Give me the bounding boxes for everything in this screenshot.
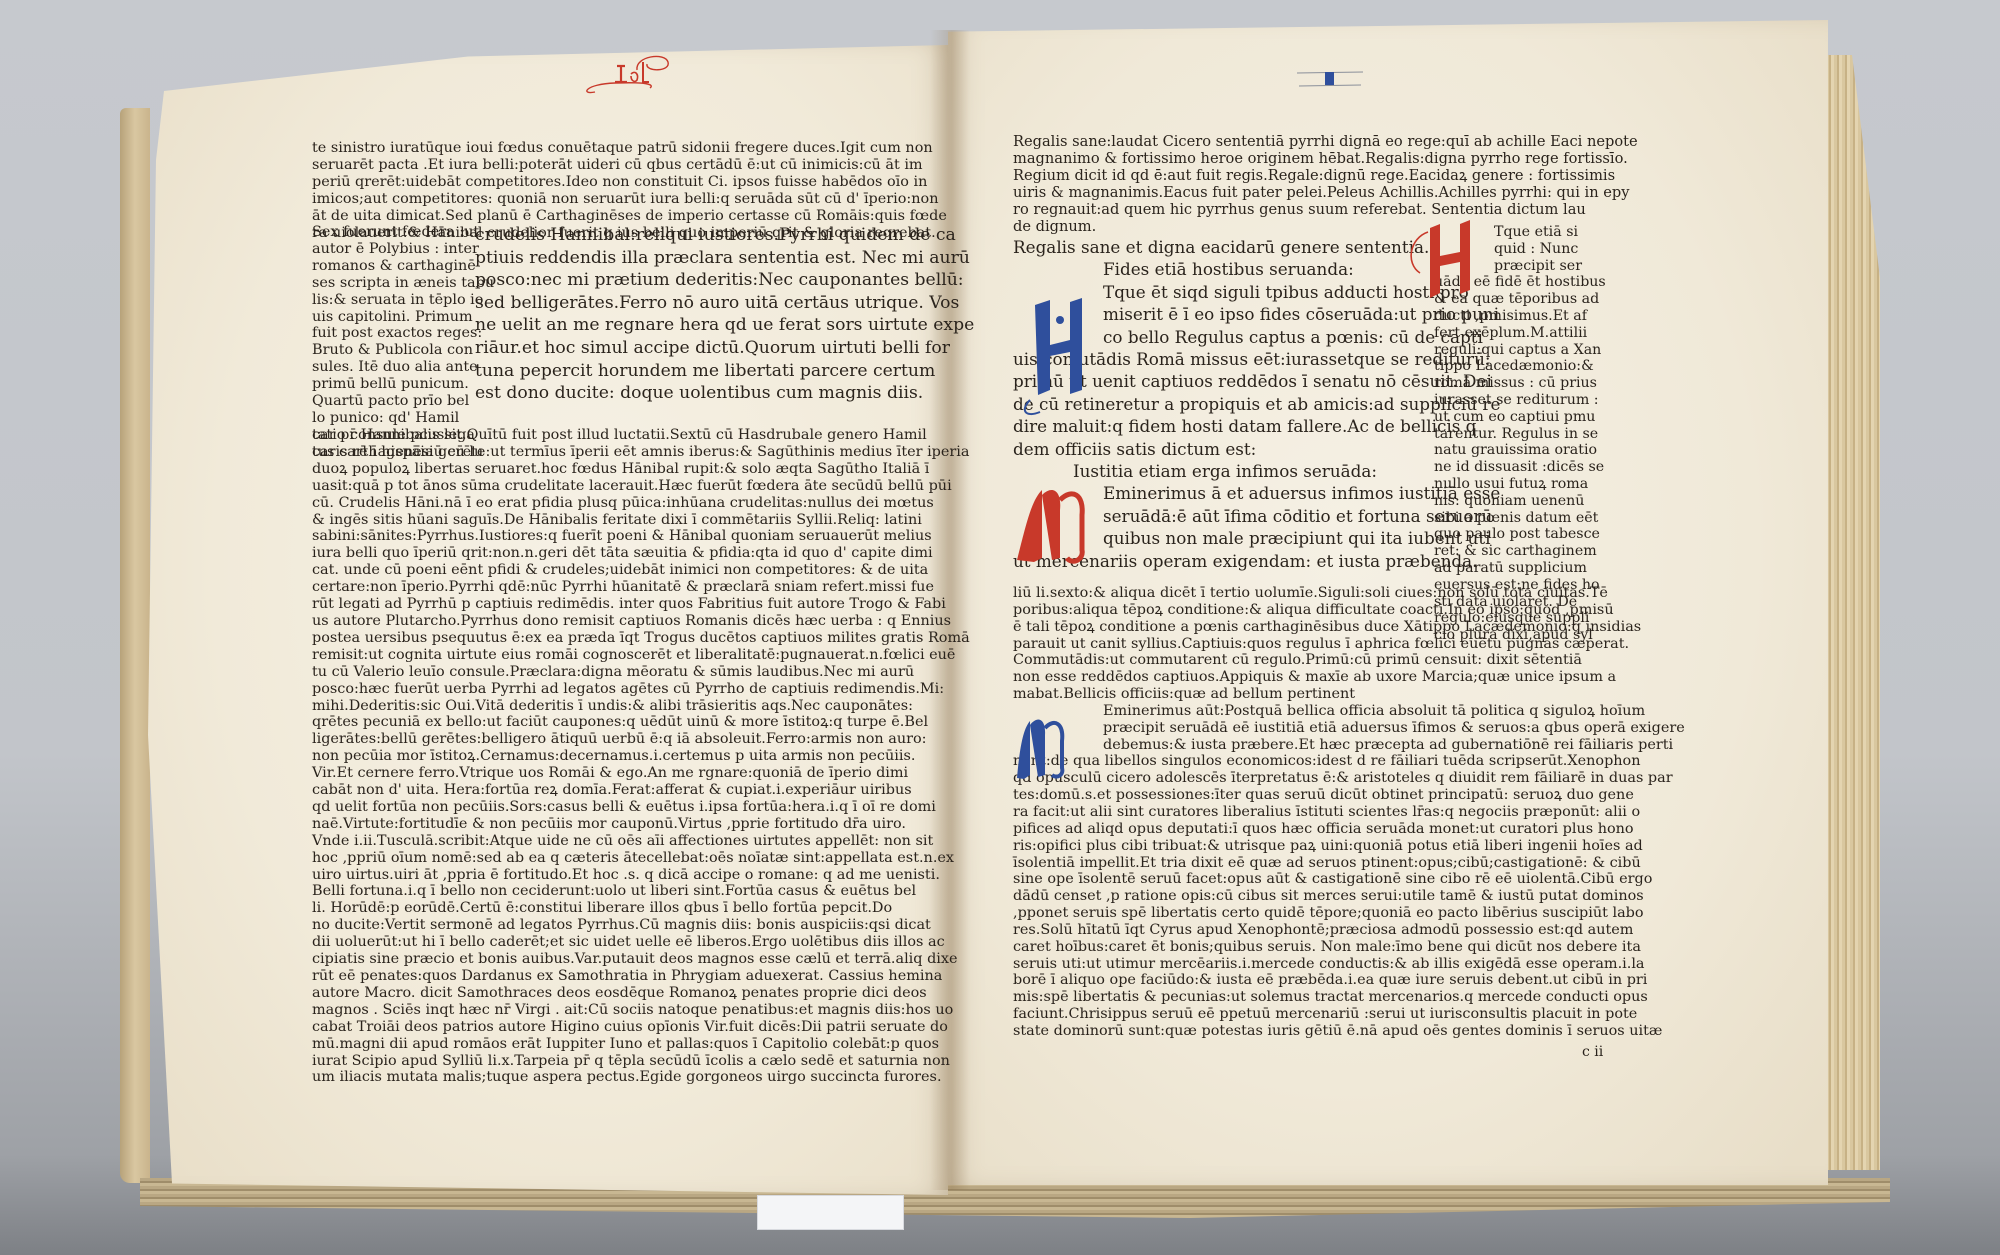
text-line: uasit:quā p tot ānos sūma crudelitate la…: [312, 478, 970, 495]
running-headmark-left: [575, 50, 685, 100]
text-line: um iliacis mutata malis;tuque aspera pec…: [312, 1069, 970, 1086]
text-line: ro regnauit:ad quem hic pyrrhus genus su…: [1013, 202, 1638, 219]
text-line: ,pponet seruis spē libertatis certo quid…: [1013, 905, 1685, 922]
text-line: iura belli quo īperiū qrit:non.n.geri dē…: [312, 545, 970, 562]
text-line: lis:& seruata in tēplo io: [312, 292, 472, 309]
red-initial-h-icon: [1400, 218, 1490, 308]
text-line: lo punico: qd' Hamil: [312, 410, 472, 427]
text-line: mū.magni dii apud romāos erāt Iuppiter I…: [312, 1036, 970, 1053]
left-lower-commentary: tatio consule pcussit.Quītū fuit post il…: [312, 427, 970, 1086]
text-line: iurasset se rediturum :: [1434, 392, 1606, 409]
text-line: præcipit seruādā eē iustitiā etiā aduers…: [1013, 720, 1685, 737]
text-line: qd opusculū cicero adolescēs īterpretatu…: [1013, 770, 1685, 787]
text-line: iurat Scipio apud Sylliū li.x.Tarpeia pr…: [312, 1053, 970, 1070]
text-line: tippo Lacedæmonio:&: [1434, 358, 1606, 375]
text-line: dii uoluerūt:ut hi ī bello caderēt;et si…: [312, 934, 970, 951]
text-line: cipiatis sine præcio et bonis auibus.Var…: [312, 951, 970, 968]
text-line: cabāt non d' uita. Hera:fortūa reꝝ domīa…: [312, 782, 970, 799]
text-line: liū li.sexto:& aliqua dicēt ī tertio uol…: [1013, 585, 1685, 602]
text-line: Vir.Et cernere ferro.Vtrique uos Romāi &…: [312, 765, 970, 782]
text-line: ne uelit an me regnare hera qd ue ferat …: [475, 314, 974, 337]
text-line: Eminerimus aūt:Postquā bellica officia a…: [1013, 703, 1685, 720]
text-line: ris:opifici plus cibi tribuat:& utrisque…: [1013, 838, 1685, 855]
text-line: caris rē ī hispāia gerēte:ut termīus īpe…: [312, 444, 970, 461]
text-line: postea uersibus psequutus ē:ex ea præda …: [312, 630, 970, 647]
text-line: posco:nec mi prætium dederitis:Nec caupo…: [475, 269, 974, 292]
text-line: remisit:ut cognita uirtute eius romāi co…: [312, 647, 970, 664]
text-line: cat. unde cū poeni eēnt pfidi & crudeles…: [312, 562, 970, 579]
text-line: ducti ,pmisimus.Et af: [1434, 308, 1606, 325]
book-cover-edge: [120, 108, 150, 1183]
open-book: te sinistro iuratūque ioui fœdus conuēta…: [0, 0, 2000, 1255]
text-line: ses scripta in æneis tabu: [312, 275, 472, 292]
text-line: pifices ad aliqd opus deputati:ī quos hæ…: [1013, 821, 1685, 838]
text-line: cū. Crudelis Hāni.nā ī eo erat pfidia pl…: [312, 495, 970, 512]
left-side-gloss: Sex fuerunt fœdera :ut autor ē Polybius …: [312, 224, 472, 461]
text-line: crudelis Hannibal:reliqui iustiores.Pyrr…: [475, 224, 974, 247]
text-line: mabat.Bellicis officiis:quæ ad bellum pe…: [1013, 686, 1685, 703]
blue-initial-m-icon: [1012, 713, 1072, 783]
text-line: Regium dicit id qd ē:aut fuit regis.Rega…: [1013, 168, 1638, 185]
text-line: state dominorū sunt:quæ potestas iuris g…: [1013, 1023, 1685, 1040]
text-line: sabini:sānites:Pyrrhus.Iustiores:q fuerī…: [312, 528, 970, 545]
text-line: ret: & sic carthaginem: [1434, 543, 1606, 560]
text-line: periū qrerēt:uidebāt competitores.Ideo n…: [312, 174, 947, 191]
text-line: Quartū pacto prīo bel: [312, 393, 472, 410]
text-line: faciunt.Chrisippus seruū eē ppetuū merce…: [1013, 1006, 1685, 1023]
blue-initial-i-icon: [1020, 290, 1100, 420]
text-line: debemus:& iusta præbere.Et hæc præcepta …: [1013, 737, 1685, 754]
text-line: uis capitolini. Primum: [312, 309, 472, 326]
left-main-text: crudelis Hannibal:reliqui iustiores.Pyrr…: [475, 224, 974, 405]
text-line: nis: quoniam uenenū: [1434, 493, 1606, 510]
text-line: parauit ut canit syllius.Captiuis:quos r…: [1013, 636, 1685, 653]
text-line: autore Macro. dicit Samothraces deos eos…: [312, 985, 970, 1002]
text-line: nullo usui futuꝝ roma: [1434, 476, 1606, 493]
text-line: non esse reddēdos captiuos.Appiquis & ma…: [1013, 669, 1685, 686]
text-line: fert exēplum.M.attilii: [1434, 325, 1606, 342]
text-line: uiro uirtus.uiri āt ,ppria ē fortitudo.E…: [312, 867, 970, 884]
folio-signature: c ii: [1582, 1044, 1603, 1060]
text-line: tu cū Valerio leuīo consule.Præclara:dig…: [312, 664, 970, 681]
text-line: magnanimo & fortissimo heroe originem hē…: [1013, 151, 1638, 168]
text-line: īsolentiā impellit.Et tria dixit eē quæ …: [1013, 855, 1685, 872]
text-line: certare:non īperio.Pyrrhi qdē:nūc Pyrrhi…: [312, 579, 970, 596]
text-line: ligerātes:bellū gerētes:belligero ātiquū…: [312, 731, 970, 748]
text-line: riāur.et hoc simul accipe dictū.Quorum u…: [475, 337, 974, 360]
text-line: mihi.Dederitis:sic Oui.Vitā dederitis ī …: [312, 698, 970, 715]
text-line: posco:hæc fuerūt uerba Pyrrhi ad legatos…: [312, 681, 970, 698]
text-line: dem officiis satis dictum est:: [1013, 438, 1500, 460]
text-line: ē tali tēpoꝝ conditione a pœnis carthagi…: [1013, 619, 1685, 636]
text-line: tuna pepercit horundem me libertati parc…: [475, 360, 974, 383]
text-line: sibi a pœnis datum eēt: [1434, 510, 1606, 527]
text-line: hoc ,ppriū oīum nomē:sed ab ea q cæteris…: [312, 850, 970, 867]
text-line: sine ope īsolentē seruū facet:opus aūt &…: [1013, 871, 1685, 888]
text-line: Commutādis:ut commutarent cū regulo.Prim…: [1013, 652, 1685, 669]
text-line: ptiuis reddendis illa præclara sententia…: [475, 247, 974, 270]
text-line: romanos & carthaginē: [312, 258, 472, 275]
text-line: quo paulo post tabesce: [1434, 526, 1606, 543]
right-opening-commentary: Regalis sane:laudat Cicero sententiā pyr…: [1013, 134, 1638, 235]
text-line: rūt eē penates:quos Dardanus ex Samothra…: [312, 968, 970, 985]
text-line: seruis uti:ut utimur mercēariis.i.merced…: [1013, 956, 1685, 973]
text-line: us autore Plutarcho.Pyrrhus dono remisit…: [312, 613, 970, 630]
text-line: qd uelit fortūa non pecūiis.Sors:casus b…: [312, 799, 970, 816]
text-line: Belli fortuna.i.q ī bello non ceciderunt…: [312, 883, 970, 900]
text-line: naē.Virtute:fortitudīe & non pecūiis mor…: [312, 816, 970, 833]
text-line: tarentur. Regulus in se: [1434, 426, 1606, 443]
text-line: tatio consule pcussit.Quītū fuit post il…: [312, 427, 970, 444]
text-line: uiris & magnanimis.Eacus fuit pater pele…: [1013, 185, 1638, 202]
text-line: sed belligerātes.Ferro nō auro uitā cert…: [475, 292, 974, 315]
text-line: magnos . Sciēs inqt hæc nr̄ Virgi . ait:…: [312, 1002, 970, 1019]
text-line: Vnde i.ii.Tusculā.scribit:Atque uide ne …: [312, 833, 970, 850]
text-line: reguli:qui captus a Xan: [1434, 342, 1606, 359]
text-line: non pecūia mor īstitoꝝ.Cernamus:decernam…: [312, 748, 970, 765]
text-line: dādū censet ,p ratione opis:cū cibus sit…: [1013, 888, 1685, 905]
running-headmark-right: [1295, 68, 1365, 90]
text-line: ra facit:ut alii sint curatores liberali…: [1013, 804, 1685, 821]
text-line: li. Horūdē:p eorūdē.Certū ē:constitui li…: [312, 900, 970, 917]
text-line: tes:domū.s.et possessiones:īter quas ser…: [1013, 787, 1685, 804]
text-line: no ducite:Vertit sermonē ad legatos Pyrr…: [312, 917, 970, 934]
text-line: & ingēs sitis hūani saguīs.De Hānibalis …: [312, 512, 970, 529]
text-line: āt de uita dimicat.Sed planū ē Carthagin…: [312, 208, 947, 225]
text-line: fuit post exactos reges:: [312, 325, 472, 342]
red-initial-m-icon: [1012, 480, 1092, 570]
text-line: res.Solū hītatū īqt Cyrus apud Xenophont…: [1013, 922, 1685, 939]
text-line: seruarēt pacta .Et iura belli:poterāt ui…: [312, 157, 947, 174]
text-line: sules. Itē duo alia ante: [312, 359, 472, 376]
text-line: natu grauissima oratio: [1434, 442, 1606, 459]
text-line: Bruto & Publicola con: [312, 342, 472, 359]
text-line: caret hoībus:caret ēt bonis;quibus serui…: [1013, 939, 1685, 956]
text-line: nent:de qua libellos singulos economicos…: [1013, 753, 1685, 770]
text-line: ne id dissuasit :dicēs se: [1434, 459, 1606, 476]
text-line: imicos;aut competitores: quoniā non seru…: [312, 191, 947, 208]
text-line: poribus:aliqua tēpoꝝ conditione:& aliqua…: [1013, 602, 1685, 619]
text-line: romā missus : cū prius: [1434, 375, 1606, 392]
text-line: rūt legati ad Pyrrhū p captiuis redimēdi…: [312, 596, 970, 613]
text-line: duoꝝ populoꝝ libertas seruaret.hoc fœdus…: [312, 461, 970, 478]
text-line: te sinistro iuratūque ioui fœdus conuēta…: [312, 140, 947, 157]
text-line: cabat Troiāi deos patrios autore Higino …: [312, 1019, 970, 1036]
text-line: mis:spē libertatis & pecunias:ut solemus…: [1013, 989, 1685, 1006]
text-line: primū bellū punicum.: [312, 376, 472, 393]
right-lower-commentary: liū li.sexto:& aliqua dicēt ī tertio uol…: [1013, 585, 1685, 1040]
text-line: est dono ducite: doque uolentibus cum ma…: [475, 382, 974, 405]
text-line: qrētes pecuniā ex bello:ut faciūt caupon…: [312, 714, 970, 731]
text-line: Regalis sane:laudat Cicero sententiā pyr…: [1013, 134, 1638, 151]
bookmark-slip: [757, 1195, 904, 1230]
text-line: autor ē Polybius : inter: [312, 241, 472, 258]
text-line: Sex fuerunt fœdera :ut: [312, 224, 472, 241]
text-line: ut cum eo captiui pmu: [1434, 409, 1606, 426]
text-line: ad paratū supplicium: [1434, 560, 1606, 577]
text-line: borē ī aliquo ope faciūdo:& iusta eē præ…: [1013, 972, 1685, 989]
